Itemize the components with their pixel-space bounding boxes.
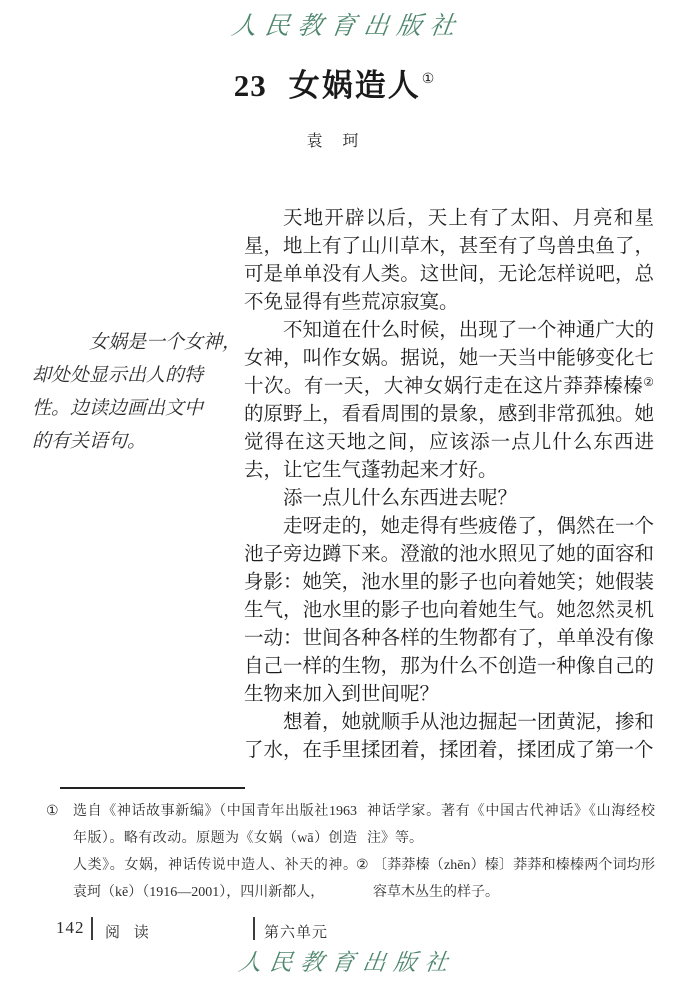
section-label: 阅 读 <box>105 921 154 942</box>
margin-note: 女娲是一个女神， 却处处显示出人的特 性。边读边画出文中 的有关语句。 <box>32 326 244 458</box>
footnote-ref: ② <box>643 375 654 389</box>
footnote-divider <box>60 787 245 789</box>
footnote-marker: ① <box>46 798 59 825</box>
body-text-run: 的原野上，看看周围的景象，感到非常孤独。她觉得在这天地之间，应该添一点儿什么东西… <box>244 404 654 481</box>
body-text: 天地开辟以后，天上有了太阳、月亮和星星，地上有了山川草木，甚至有了鸟兽虫鱼了，可… <box>244 205 654 765</box>
page-footer: 142 阅 读 第六单元 <box>0 914 695 946</box>
publisher-logo-bottom: 人民教育出版社 <box>0 944 695 977</box>
lesson-title-text: 女娲造人 <box>289 68 421 103</box>
body-text-run: 走呀走的，她走得有些疲倦了，偶然在一个池子旁边蹲下来。澄澈的池水照见了她的面容和… <box>244 516 654 705</box>
body-paragraph: 添一点儿什么东西进去呢？ <box>244 485 654 513</box>
title-footnote-ref: ① <box>422 72 435 87</box>
footnote-marker: ② <box>356 852 369 879</box>
body-paragraph: 想着，她就顺手从池边掘起一团黄泥，掺和了水，在手里揉团着，揉团着，揉团成了第一个 <box>244 709 654 765</box>
publisher-logo-top: 人民教育出版社 <box>0 6 695 42</box>
page-number: 142 <box>56 918 85 938</box>
body-text-run: 想着，她就顺手从池边掘起一团黄泥，掺和了水，在手里揉团着，揉团着，揉团成了第一个 <box>244 712 654 761</box>
footnote-column-right: 神话学家。著有《中国古代神话》《山海经校注》等。②〔莽莽榛（zhēn）榛〕莽莽和… <box>355 798 655 906</box>
lesson-title: 23女娲造人① <box>0 60 681 105</box>
footnote-text: 〔莽莽榛（zhēn）榛〕莽莽和榛榛两个词均形容草木丛生的样子。 <box>373 858 655 900</box>
author-name: 袁 珂 <box>0 128 681 151</box>
footnote-item: 神话学家。著有《中国古代神话》《山海经校注》等。 <box>355 798 655 852</box>
footnote-column-left: ①选自《神话故事新编》（中国青年出版社1963年版）。略有改动。原题为《女娲（w… <box>45 798 357 906</box>
textbook-page: 人民教育出版社 23女娲造人① 袁 珂 女娲是一个女神， 却处处显示出人的特 性… <box>0 0 695 983</box>
footnote-text: 神话学家。著有《中国古代神话》《山海经校注》等。 <box>367 804 655 846</box>
footer-divider-right <box>253 917 255 940</box>
body-paragraph: 不知道在什么时候，出现了一个神通广大的女神，叫作女娲。据说，她一天当中能够变化七… <box>244 317 654 485</box>
body-text-run: 天地开辟以后，天上有了太阳、月亮和星星，地上有了山川草木，甚至有了鸟兽虫鱼了，可… <box>244 208 654 313</box>
body-text-run: 添一点儿什么东西进去呢？ <box>283 488 517 509</box>
body-paragraph: 天地开辟以后，天上有了太阳、月亮和星星，地上有了山川草木，甚至有了鸟兽虫鱼了，可… <box>244 205 654 317</box>
body-paragraph: 走呀走的，她走得有些疲倦了，偶然在一个池子旁边蹲下来。澄澈的池水照见了她的面容和… <box>244 513 654 709</box>
footnote-item: ①选自《神话故事新编》（中国青年出版社1963年版）。略有改动。原题为《女娲（w… <box>45 798 357 906</box>
lesson-number: 23 <box>234 68 267 103</box>
footnote-item: ②〔莽莽榛（zhēn）榛〕莽莽和榛榛两个词均形容草木丛生的样子。 <box>355 852 655 906</box>
footnote-text: 选自《神话故事新编》（中国青年出版社1963年版）。略有改动。原题为《女娲（wā… <box>73 804 357 900</box>
footer-divider-left <box>91 917 93 940</box>
unit-label: 第六单元 <box>264 921 328 942</box>
body-text-run: 不知道在什么时候，出现了一个神通广大的女神，叫作女娲。据说，她一天当中能够变化七… <box>244 320 654 397</box>
